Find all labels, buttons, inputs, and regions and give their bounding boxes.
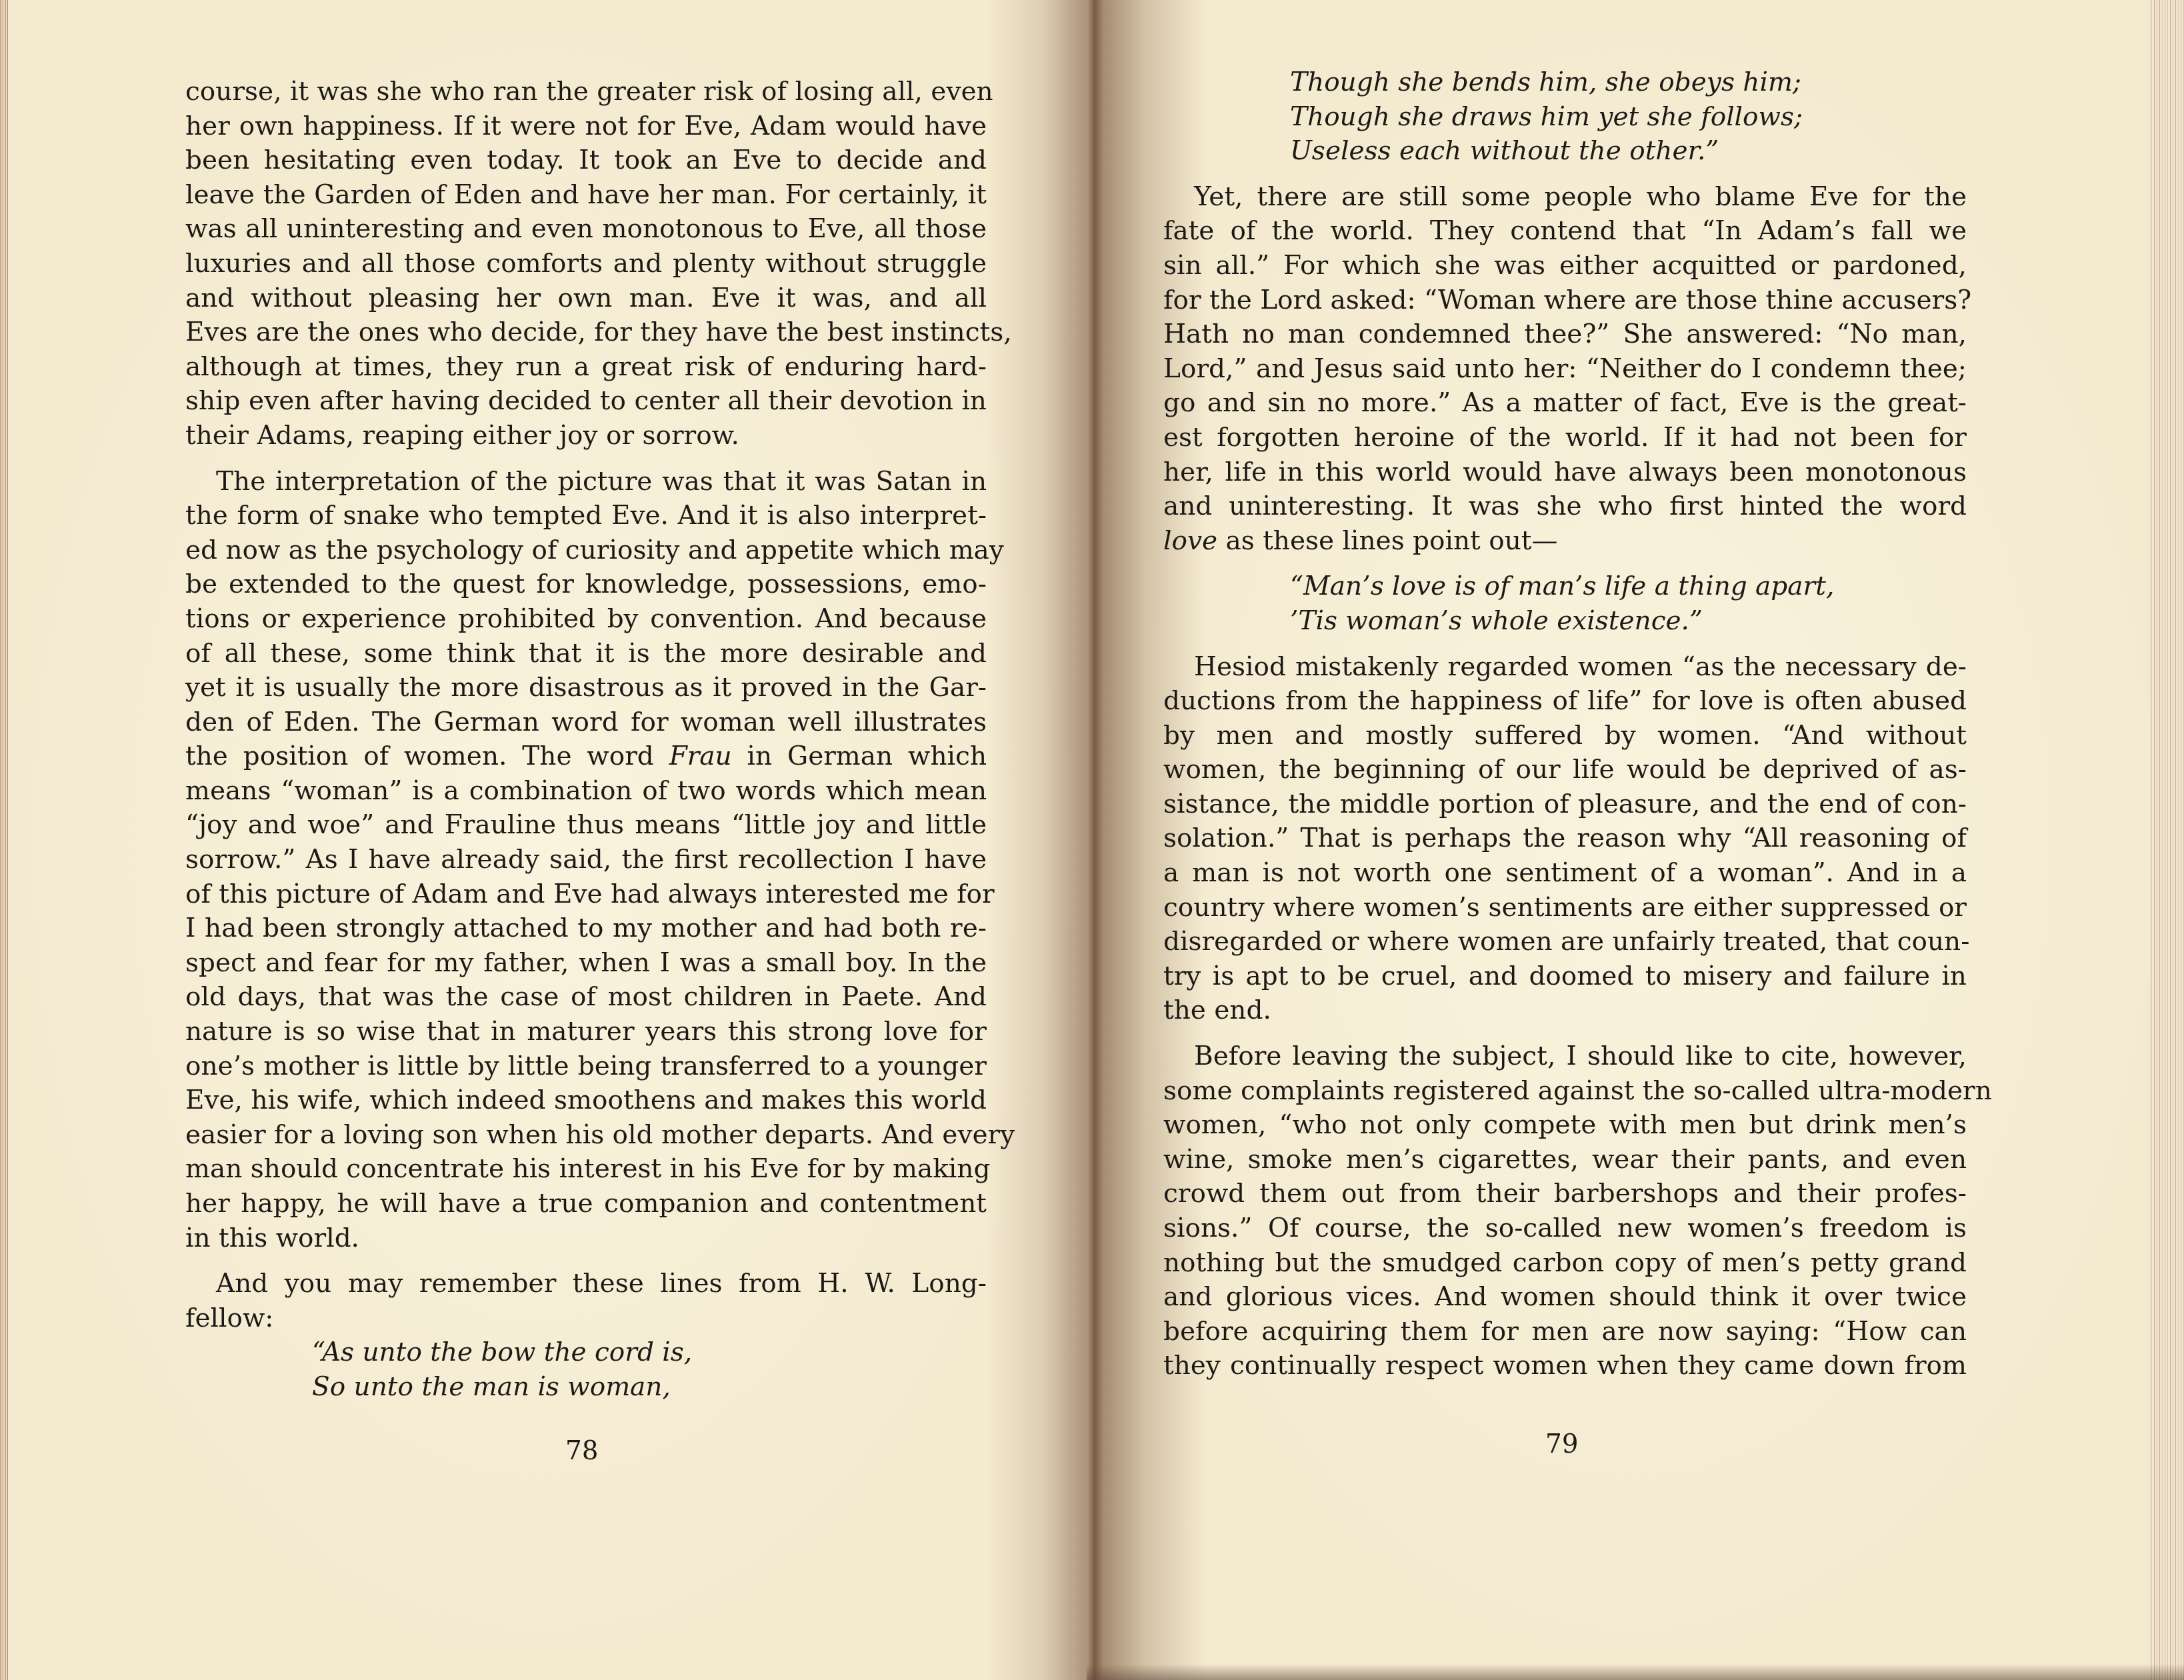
text-line: wine, smoke men’s cigarettes, wear their… [1163, 1143, 1967, 1177]
right-page-text: Though she bends him, she obeys him; Tho… [1163, 65, 1967, 1383]
text-line: country where women’s sentiments are eit… [1163, 891, 1967, 925]
text-line: go and sin no more.” As a matter of fact… [1163, 386, 1967, 421]
text-line: they continually respect women when they… [1163, 1349, 1967, 1383]
text-line: be extended to the quest for knowledge, … [185, 567, 987, 602]
left-page-text: course, it was she who ran the greater r… [185, 75, 987, 1405]
verse-quote: Though she bends him, she obeys him; Tho… [1163, 65, 1967, 169]
paragraph: Before leaving the subject, I should lik… [1163, 1039, 1967, 1383]
text-line: Hath no man condemned thee?” She answere… [1163, 317, 1967, 352]
italic-word: Frau [669, 741, 732, 771]
text-segment: in German which [732, 741, 987, 771]
text-line: her happy, he will have a true companion… [185, 1187, 987, 1221]
text-line: sistance, the middle portion of pleasure… [1163, 787, 1967, 822]
verse-line: ’Tis woman’s whole existence.” [1163, 604, 1967, 639]
text-line: est forgotten heroine of the world. If i… [1163, 421, 1967, 455]
text-line: by men and mostly suffered by women. “An… [1163, 719, 1967, 753]
text-line: ductions from the happiness of life” for… [1163, 684, 1967, 719]
text-line: her own happiness. If it were not for Ev… [185, 109, 987, 144]
text-line: their Adams, reaping either joy or sorro… [185, 419, 987, 453]
text-line: of this picture of Adam and Eve had alwa… [185, 877, 987, 912]
text-line: women, “who not only compete with men bu… [1163, 1108, 1967, 1143]
text-line: some complaints registered against the s… [1163, 1074, 1967, 1109]
text-line: old days, that was the case of most chil… [185, 980, 987, 1015]
text-line: before acquiring them for men are now sa… [1163, 1315, 1967, 1349]
text-line: ed now as the psychology of curiosity an… [185, 533, 987, 568]
text-line: in this world. [185, 1221, 987, 1256]
text-line: love as these lines point out— [1163, 524, 1967, 559]
verse-line: Useless each without the other.” [1163, 134, 1967, 169]
text-line: easier for a loving son when his old mot… [185, 1118, 987, 1153]
left-page-edges [0, 0, 8, 1680]
book-spread: course, it was she who ran the greater r… [0, 0, 2184, 1680]
text-line: crowd them out from their barbershops an… [1163, 1177, 1967, 1211]
text-line: the position of women. The word Frau in … [185, 739, 987, 774]
text-line: and glorious vices. And women should thi… [1163, 1280, 1967, 1315]
text-line: one’s mother is little by little being t… [185, 1049, 987, 1084]
paragraph: Hesiod mistakenly regarded women “as the… [1163, 650, 1967, 1029]
text-line: Before leaving the subject, I should lik… [1163, 1039, 1967, 1074]
page-bottom-shadow [1087, 1664, 2184, 1680]
text-line: her, life in this world would have alway… [1163, 455, 1967, 490]
text-line: been hesitating even today. It took an E… [185, 143, 987, 178]
text-line: Lord,” and Jesus said unto her: “Neither… [1163, 352, 1967, 387]
text-line: sin all.” For which she was either acqui… [1163, 249, 1967, 283]
text-line: Yet, there are still some people who bla… [1163, 180, 1967, 215]
text-line: a man is not worth one sentiment of a wo… [1163, 856, 1967, 891]
text-line: means “woman” is a combination of two wo… [185, 774, 987, 809]
text-line: fate of the world. They contend that “In… [1163, 214, 1967, 249]
text-line: of all these, some think that it is the … [185, 637, 987, 671]
text-line: for the Lord asked: “Woman where are tho… [1163, 283, 1967, 318]
text-segment: as these lines point out— [1217, 526, 1557, 556]
verse-line: “Man’s love is of man’s life a thing apa… [1163, 569, 1967, 604]
text-line: Eve, his wife, which indeed smoothens an… [185, 1083, 987, 1118]
text-line: yet it is usually the more disastrous as… [185, 671, 987, 705]
text-line: “joy and woe” and Frauline thus means “l… [185, 808, 987, 843]
verse-line: Though she bends him, she obeys him; [1163, 65, 1967, 100]
text-line: leave the Garden of Eden and have her ma… [185, 178, 987, 213]
verse-quote: “As unto the bow the cord is, So unto th… [185, 1335, 987, 1404]
text-line: although at times, they run a great risk… [185, 350, 987, 385]
text-line: man should concentrate his interest in h… [185, 1152, 987, 1187]
text-line: course, it was she who ran the greater r… [185, 75, 987, 109]
text-line: was all uninteresting and even monotonou… [185, 212, 987, 247]
text-line: The interpretation of the picture was th… [185, 465, 987, 499]
text-line: luxuries and all those comforts and plen… [185, 247, 987, 281]
text-line: sions.” Of course, the so-called new wom… [1163, 1211, 1967, 1246]
verse-line: So unto the man is woman, [185, 1370, 987, 1405]
text-line: spect and fear for my father, when I was… [185, 946, 987, 981]
text-line: the form of snake who tempted Eve. And i… [185, 499, 987, 533]
text-line: And you may remember these lines from H.… [185, 1267, 987, 1301]
text-line: sorrow.” As I have already said, the fir… [185, 843, 987, 877]
text-line: tions or experience prohibited by conven… [185, 602, 987, 637]
text-line: fellow: [185, 1301, 987, 1336]
text-line: the end. [1163, 993, 1967, 1028]
text-line: and uninteresting. It was she who first … [1163, 489, 1967, 524]
page-number: 79 [1545, 1429, 1579, 1459]
verse-quote: “Man’s love is of man’s life a thing apa… [1163, 569, 1967, 638]
verse-line: “As unto the bow the cord is, [185, 1335, 987, 1370]
text-line: try is apt to be cruel, and doomed to mi… [1163, 959, 1967, 994]
paragraph: The interpretation of the picture was th… [185, 465, 987, 1256]
text-line: and without pleasing her own man. Eve it… [185, 281, 987, 316]
paragraph: And you may remember these lines from H.… [185, 1267, 987, 1335]
right-page-edges [2149, 0, 2184, 1680]
text-line: Hesiod mistakenly regarded women “as the… [1163, 650, 1967, 685]
verse-line: Though she draws him yet she follows; [1163, 100, 1967, 135]
paragraph: Yet, there are still some people who bla… [1163, 180, 1967, 559]
text-segment: the position of women. The word [185, 741, 669, 771]
text-line: I had been strongly attached to my mothe… [185, 911, 987, 946]
page-number: 78 [565, 1436, 599, 1466]
text-line: solation.” That is perhaps the reason wh… [1163, 821, 1967, 856]
text-line: Eves are the ones who decide, for they h… [185, 315, 987, 350]
paragraph: course, it was she who ran the greater r… [185, 75, 987, 453]
text-line: disregarded or where women are unfairly … [1163, 925, 1967, 959]
text-line: ship even after having decided to center… [185, 384, 987, 419]
text-line: nature is so wise that in maturer years … [185, 1015, 987, 1049]
text-line: den of Eden. The German word for woman w… [185, 705, 987, 740]
text-line: nothing but the smudged carbon copy of m… [1163, 1246, 1967, 1281]
italic-word: love [1163, 526, 1217, 556]
text-line: women, the beginning of our life would b… [1163, 753, 1967, 787]
